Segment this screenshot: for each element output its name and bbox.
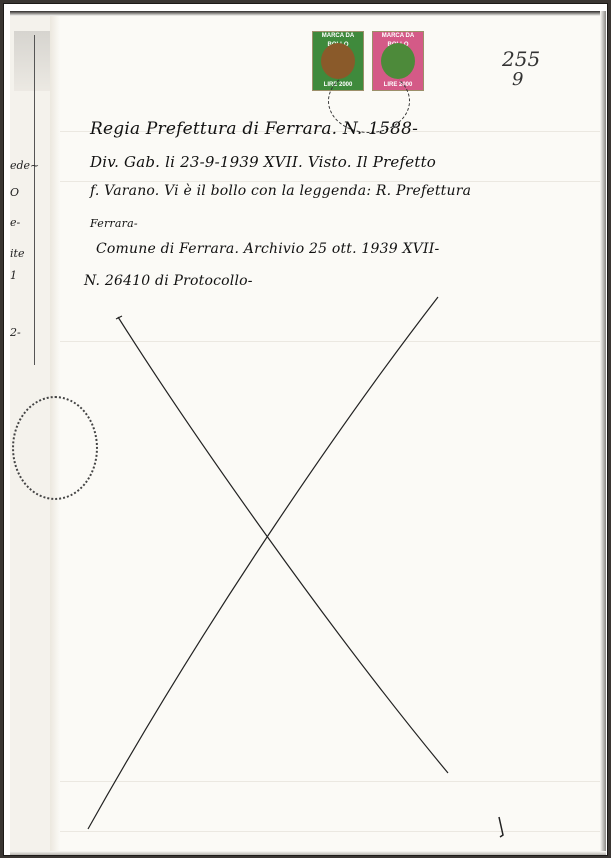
scan-shadow-right: [600, 11, 606, 855]
scan-shadow-top: [10, 11, 606, 16]
scan-shadow-bottom: [10, 851, 606, 855]
cancellation-cross-icon: [10, 11, 606, 855]
document-frame: ede~ O e- ite 1 2- MARCA DA BOLLO LIRE 2…: [3, 3, 608, 856]
scanned-page: ede~ O e- ite 1 2- MARCA DA BOLLO LIRE 2…: [10, 11, 606, 855]
